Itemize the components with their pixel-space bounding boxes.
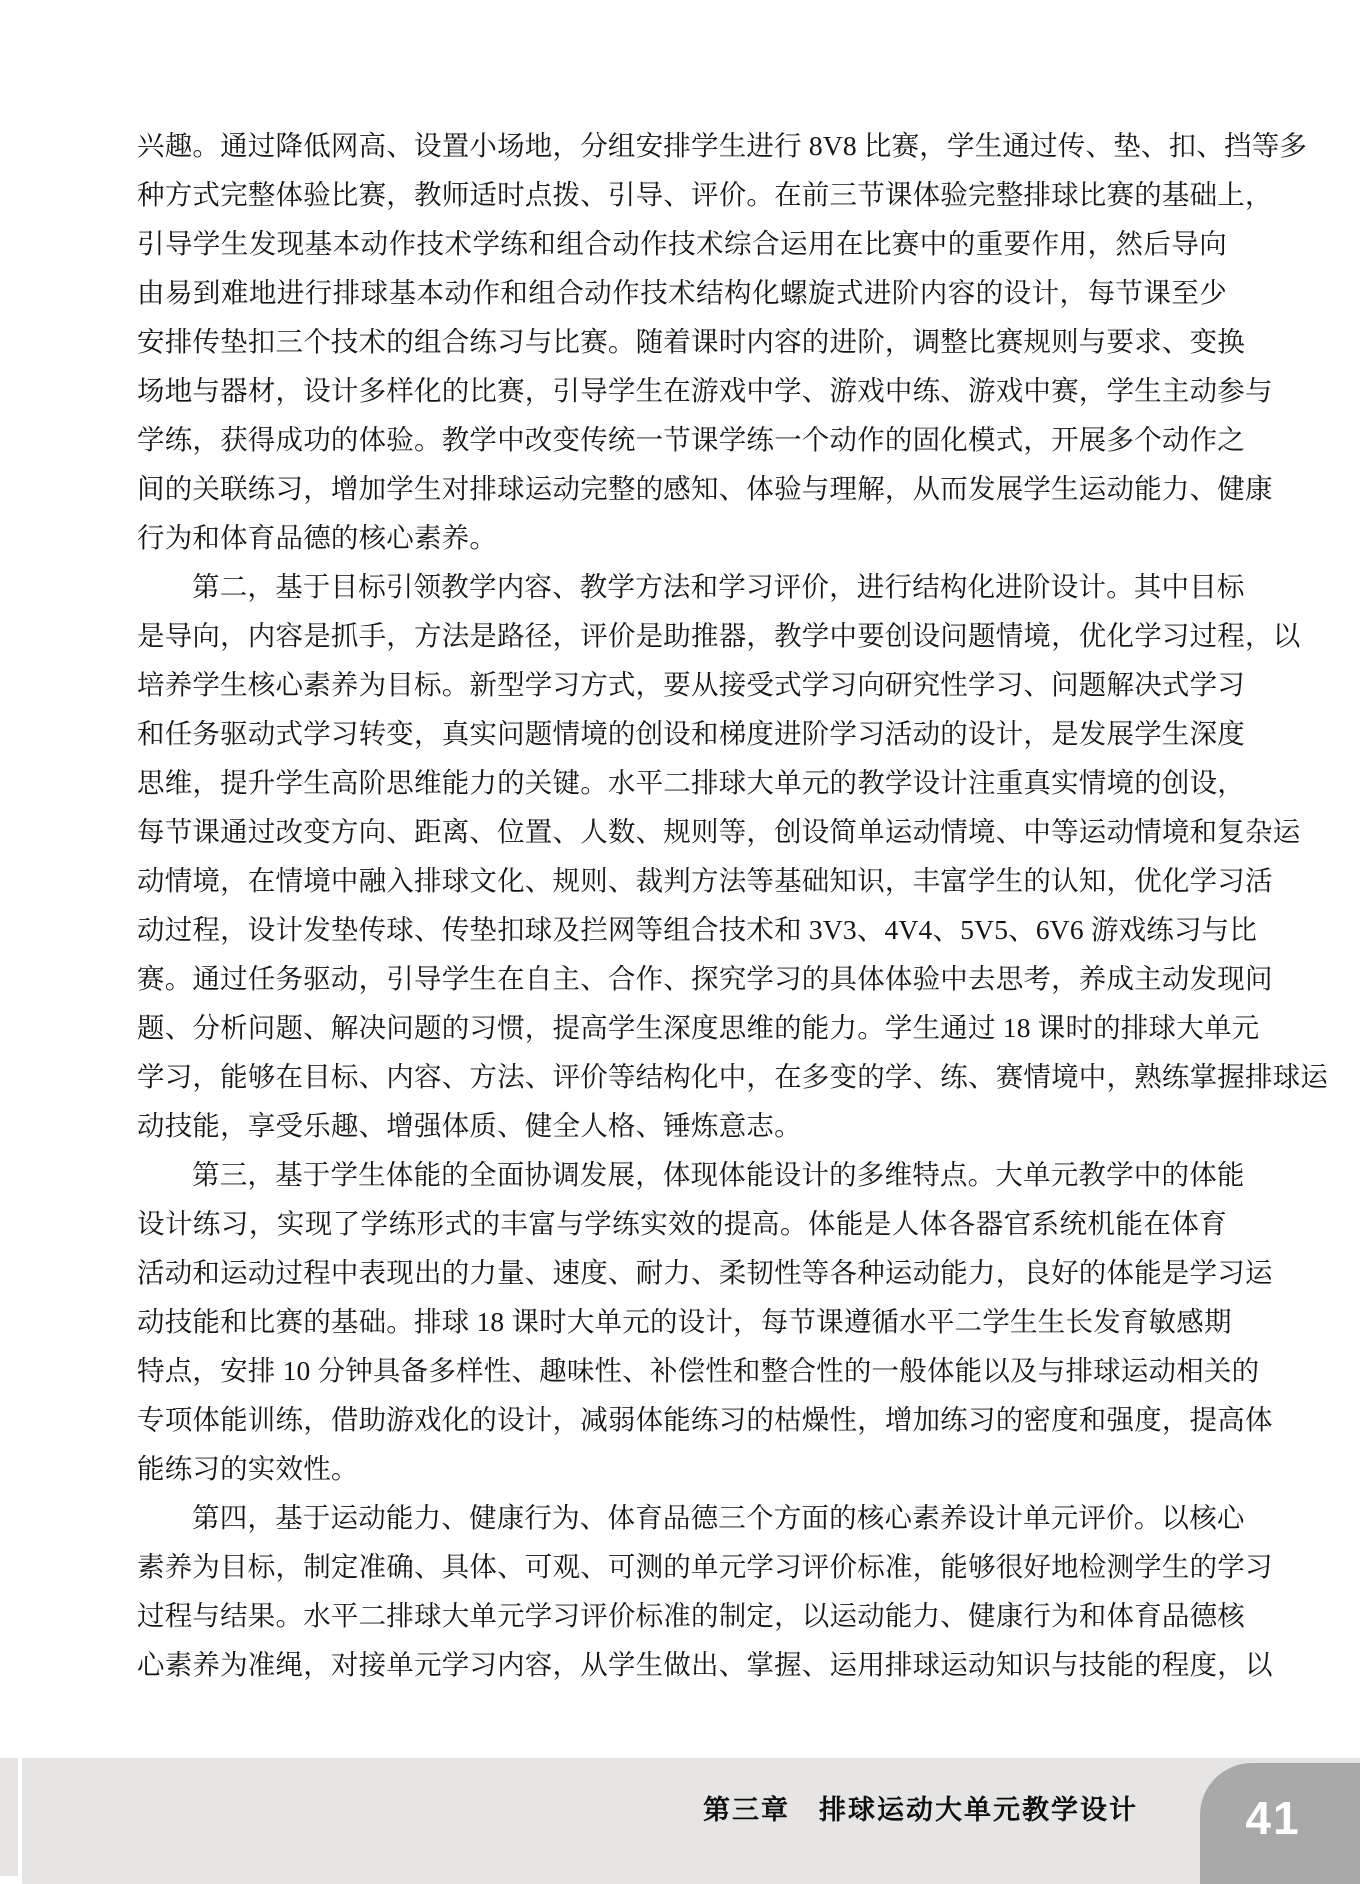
- page-number: 41: [1245, 1791, 1300, 1845]
- text-line: 动技能，享受乐趣、增强体质、健全人格、锤炼意志。: [137, 1101, 1227, 1150]
- text-line: 第三，基于学生体能的全面协调发展，体现体能设计的多维特点。大单元教学中的体能: [137, 1150, 1227, 1199]
- text-line: 学习，能够在目标、内容、方法、评价等结构化中，在多变的学、练、赛情境中，熟练掌握…: [137, 1052, 1227, 1101]
- text-line: 思维，提升学生高阶思维能力的关键。水平二排球大单元的教学设计注重真实情境的创设，: [137, 758, 1227, 807]
- body-text-block: 兴趣。通过降低网高、设置小场地，分组安排学生进行 8V8 比赛，学生通过传、垫、…: [137, 121, 1227, 1689]
- text-line: 过程与结果。水平二排球大单元学习评价标准的制定，以运动能力、健康行为和体育品德核: [137, 1591, 1227, 1640]
- book-page: 兴趣。通过降低网高、设置小场地，分组安排学生进行 8V8 比赛，学生通过传、垫、…: [0, 0, 1360, 1884]
- text-line: 种方式完整体验比赛，教师适时点拨、引导、评价。在前三节课体验完整排球比赛的基础上…: [137, 170, 1227, 219]
- text-line: 是导向，内容是抓手，方法是路径，评价是助推器，教学中要创设问题情境，优化学习过程…: [137, 611, 1227, 660]
- text-line: 动技能和比赛的基础。排球 18 课时大单元的设计，每节课遵循水平二学生生长发育敏…: [137, 1297, 1227, 1346]
- text-line: 动情境，在情境中融入排球文化、规则、裁判方法等基础知识，丰富学生的认知，优化学习…: [137, 856, 1227, 905]
- text-line: 培养学生核心素养为目标。新型学习方式，要从接受式学习向研究性学习、问题解决式学习: [137, 660, 1227, 709]
- text-line: 特点，安排 10 分钟具备多样性、趣味性、补偿性和整合性的一般体能以及与排球运动…: [137, 1346, 1227, 1395]
- footer-edge-strip: [0, 1758, 18, 1876]
- text-line: 活动和运动过程中表现出的力量、速度、耐力、柔韧性等各种运动能力，良好的体能是学习…: [137, 1248, 1227, 1297]
- text-line: 第二，基于目标引领教学内容、教学方法和学习评价，进行结构化进阶设计。其中目标: [137, 562, 1227, 611]
- text-line: 素养为目标，制定准确、具体、可观、可测的单元学习评价标准，能够很好地检测学生的学…: [137, 1542, 1227, 1591]
- text-line: 兴趣。通过降低网高、设置小场地，分组安排学生进行 8V8 比赛，学生通过传、垫、…: [137, 121, 1227, 170]
- text-line: 专项体能训练，借助游戏化的设计，减弱体能练习的枯燥性，增加练习的密度和强度，提高…: [137, 1395, 1227, 1444]
- text-line: 第四，基于运动能力、健康行为、体育品德三个方面的核心素养设计单元评价。以核心: [137, 1493, 1227, 1542]
- text-line: 间的关联练习，增加学生对排球运动完整的感知、体验与理解，从而发展学生运动能力、健…: [137, 464, 1227, 513]
- text-line: 引导学生发现基本动作技术学练和组合动作技术综合运用在比赛中的重要作用，然后导向: [137, 219, 1227, 268]
- text-line: 和任务驱动式学习转变，真实问题情境的创设和梯度进阶学习活动的设计，是发展学生深度: [137, 709, 1227, 758]
- text-line: 动过程，设计发垫传球、传垫扣球及拦网等组合技术和 3V3、4V4、5V5、6V6…: [137, 905, 1227, 954]
- text-line: 由易到难地进行排球基本动作和组合动作技术结构化螺旋式进阶内容的设计，每节课至少: [137, 268, 1227, 317]
- text-line: 每节课通过改变方向、距离、位置、人数、规则等，创设简单运动情境、中等运动情境和复…: [137, 807, 1227, 856]
- text-line: 场地与器材，设计多样化的比赛，引导学生在游戏中学、游戏中练、游戏中赛，学生主动参…: [137, 366, 1227, 415]
- footer-band: [22, 1758, 1360, 1884]
- text-line: 安排传垫扣三个技术的组合练习与比赛。随着课时内容的进阶，调整比赛规则与要求、变换: [137, 317, 1227, 366]
- chapter-title: 第三章 排球运动大单元教学设计: [703, 1788, 1138, 1827]
- page-number-tab: 41: [1200, 1763, 1360, 1884]
- text-line: 行为和体育品德的核心素养。: [137, 513, 1227, 562]
- text-line: 设计练习，实现了学练形式的丰富与学练实效的提高。体能是人体各器官系统机能在体育: [137, 1199, 1227, 1248]
- text-line: 学练，获得成功的体验。教学中改变传统一节课学练一个动作的固化模式，开展多个动作之: [137, 415, 1227, 464]
- text-line: 心素养为准绳，对接单元学习内容，从学生做出、掌握、运用排球运动知识与技能的程度，…: [137, 1640, 1227, 1689]
- text-line: 能练习的实效性。: [137, 1444, 1227, 1493]
- text-line: 赛。通过任务驱动，引导学生在自主、合作、探究学习的具体体验中去思考，养成主动发现…: [137, 954, 1227, 1003]
- text-line: 题、分析问题、解决问题的习惯，提高学生深度思维的能力。学生通过 18 课时的排球…: [137, 1003, 1227, 1052]
